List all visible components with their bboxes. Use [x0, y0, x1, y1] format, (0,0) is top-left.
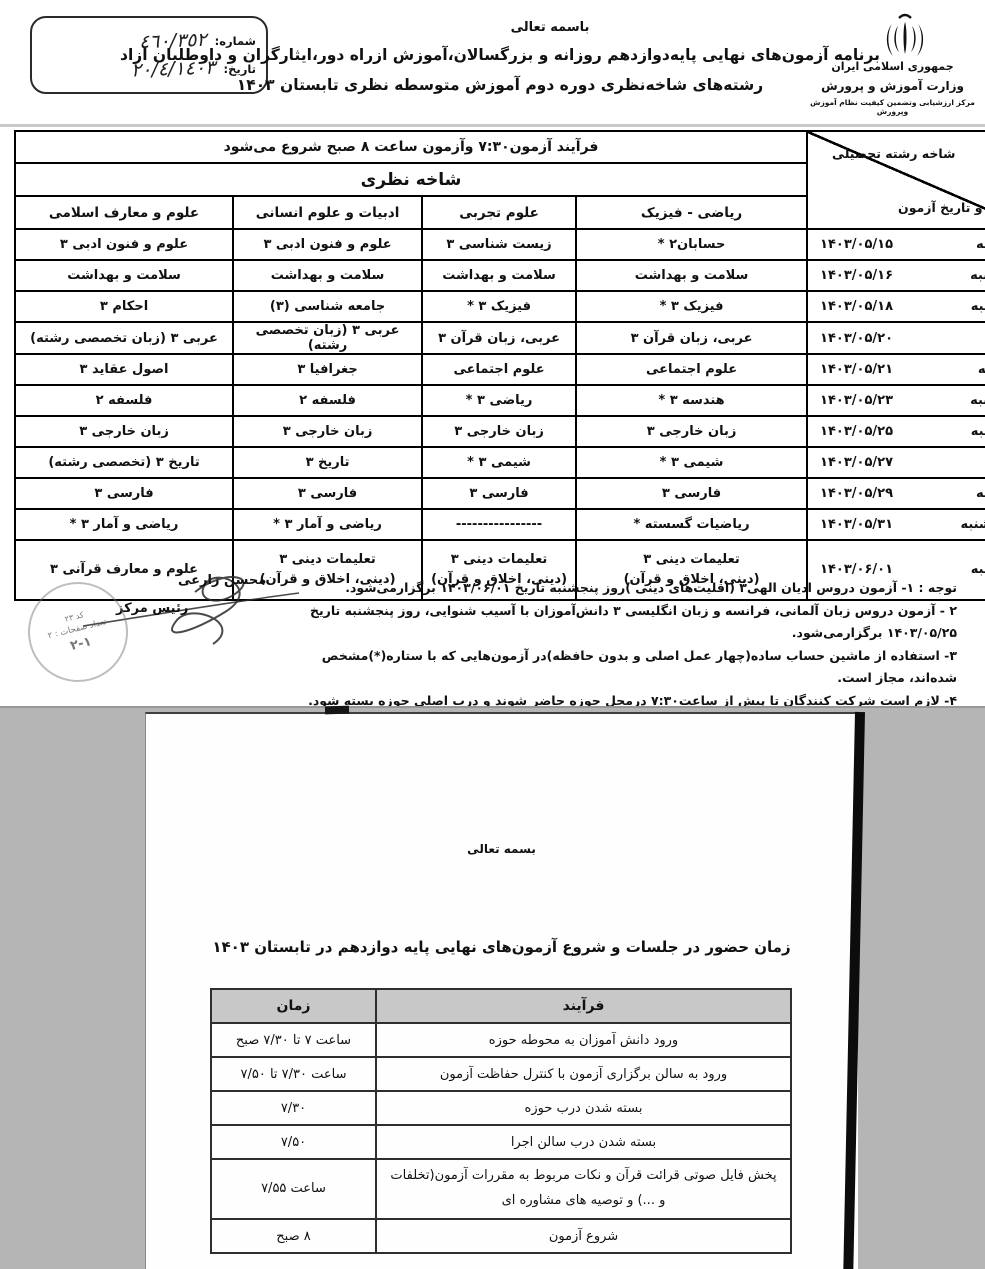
process-cell: ورود دانش آموزان به محوطه حوزه — [376, 1023, 791, 1057]
subject-cell: شیمی ۳ * — [576, 447, 807, 478]
subject-cell: سلامت و بهداشت — [576, 260, 807, 291]
note-line: ۲ - آزمون دروس زبان آلمانی، فرانسه و زبا… — [307, 600, 957, 645]
bismillah-page1: باسمه تعالی — [280, 20, 820, 35]
subject-cell: فارسی ۳ — [576, 478, 807, 509]
scanned-exam-schedule-document: { "page1": { "bismillah": "باسمه تعالی",… — [0, 0, 985, 1269]
corner-label-day-date: روز و تاریخ آزمون — [898, 200, 985, 215]
exam-day: سه‌شنبه — [970, 268, 985, 283]
subject-cell: ریاضی ۳ * — [422, 385, 576, 416]
day-date-cell: چهارشنبه ۱۴۰۳/۰۵/۳۱ — [807, 509, 985, 540]
subject-cell: علوم اجتماعی — [576, 354, 807, 385]
branch-header: شاخه نظری — [15, 163, 807, 196]
exam-date: ۱۴۰۳/۰۵/۲۵ — [820, 424, 893, 439]
subject-cell: عربی، زبان قرآن ۳ — [422, 322, 576, 354]
attendance-process-table: فرآیند زمان ورود دانش آموزان به محوطه حو… — [210, 988, 792, 1254]
exam-date: ۱۴۰۳/۰۵/۲۹ — [820, 486, 893, 501]
subject-cell: فارسی ۳ — [15, 478, 233, 509]
subject-cell: هندسه ۳ * — [576, 385, 807, 416]
exam-date: ۱۴۰۳/۰۵/۳۱ — [820, 517, 893, 532]
day-date-cell: یکشنبه ۱۴۰۳/۰۵/۲۱ — [807, 354, 985, 385]
subject-cell: حسابان۲ * — [576, 229, 807, 260]
exam-date: ۱۴۰۳/۰۵/۱۸ — [820, 299, 893, 314]
process-cell: ورود به سالن برگزاری آزمون با کنترل حفاظ… — [376, 1057, 791, 1091]
column-header-process: فرآیند — [376, 989, 791, 1023]
subject-cell: اصول عقاید ۳ — [15, 354, 233, 385]
process-row: بسته شدن درب سالن اجرا ۷/۵۰ — [211, 1125, 791, 1159]
table-row: دوشنبه ۱۴۰۳/۰۵/۲۹ فارسی ۳ فارسی ۳ فارسی … — [15, 478, 985, 509]
table-row: چهارشنبه ۱۴۰۳/۰۵/۳۱ ریاضیات گسسته * ----… — [15, 509, 985, 540]
note-line: توجه : ۱- آزمون دروس ادیان الهی۳ (اقلیت‌… — [307, 577, 957, 600]
exam-start-time-banner: فرآیند آزمون۷:۳۰ وآزمون ساعت ۸ صبح شروع … — [15, 131, 807, 163]
subject-cell: سلامت و بهداشت — [233, 260, 422, 291]
exam-date: ۱۴۰۳/۰۵/۱۵ — [820, 237, 893, 252]
note-line: ۳- استفاده از ماشین حساب ساده(چهار عمل ا… — [307, 645, 957, 690]
subject-cell: احکام ۳ — [15, 291, 233, 322]
process-row: ورود دانش آموزان به محوطه حوزه ساعت ۷ تا… — [211, 1023, 791, 1057]
exam-day: پنجشنبه — [971, 299, 985, 314]
org-line-ministry: وزارت آموزش و پرورش — [800, 79, 985, 93]
subject-cell: جامعه شناسی (۳) — [233, 291, 422, 322]
subject-cell: تاریخ ۳ (تخصصی رشته) — [15, 447, 233, 478]
column-header-time: زمان — [211, 989, 376, 1023]
exam-date: ۱۴۰۳/۰۵/۲۰ — [820, 331, 893, 346]
subject-cell: فلسفه ۲ — [15, 385, 233, 416]
stamp-number: ۲-۱ — [69, 634, 93, 654]
org-line-center: مرکز ارزشیابی وتضمین کیفیت نظام آموزش وپ… — [800, 98, 985, 116]
subject-cell: ریاضیات گسسته * — [576, 509, 807, 540]
process-cell: پخش فایل صوتی قرائت قرآن و نکات مربوط به… — [376, 1159, 791, 1219]
signer-title: رئیس مرکز — [116, 601, 188, 616]
exam-day: سه‌شنبه — [970, 393, 985, 408]
subject-cell: علوم و فنون ادبی ۳ — [233, 229, 422, 260]
day-date-cell: دوشنبه ۱۴۰۳/۰۵/۱۵ — [807, 229, 985, 260]
column-header-math-physics: ریاضی - فیزیک — [576, 196, 807, 229]
corner-header-cell: شاخه رشته تحصیلی روز و تاریخ آزمون — [807, 131, 985, 229]
signer-name: محسن زارعی — [178, 573, 266, 588]
column-header-islamic-studies: علوم و معارف اسلامی — [15, 196, 233, 229]
subject-cell: عربی ۳ (زبان تخصصی رشته) — [233, 322, 422, 354]
table-row: شنبه ۱۴۰۳/۰۵/۲۷ شیمی ۳ * شیمی ۳ * تاریخ … — [15, 447, 985, 478]
subject-cell: زبان خارجی ۳ — [576, 416, 807, 447]
subject-cell: علوم و فنون ادبی ۳ — [15, 229, 233, 260]
process-header-row: فرآیند زمان — [211, 989, 791, 1023]
scan-artifact-blob — [325, 706, 349, 715]
exam-date: ۱۴۰۳/۰۵/۲۳ — [820, 393, 893, 408]
ministry-block: جمهوری اسلامی ایران وزارت آموزش و پرورش … — [800, 60, 985, 116]
column-header-experimental: علوم تجربی — [422, 196, 576, 229]
day-date-cell: پنجشنبه ۱۴۰۳/۰۵/۱۸ — [807, 291, 985, 322]
subject-cell: فیزیک ۳ * — [576, 291, 807, 322]
exam-day: دوشنبه — [976, 486, 985, 501]
table-row: یکشنبه ۱۴۰۳/۰۵/۲۱ علوم اجتماعی علوم اجتم… — [15, 354, 985, 385]
subject-cell: زبان خارجی ۳ — [422, 416, 576, 447]
subject-cell: فارسی ۳ — [233, 478, 422, 509]
stamp-code: کد ۲۳ — [64, 610, 85, 623]
subject-cell: سلامت و بهداشت — [15, 260, 233, 291]
day-date-cell: سه‌شنبه ۱۴۰۳/۰۵/۲۳ — [807, 385, 985, 416]
time-cell: ساعت ۷ تا ۷/۳۰ صبح — [211, 1023, 376, 1057]
subject-cell: عربی ۳ (زبان تخصصی رشته) — [15, 322, 233, 354]
subject-cell: زبان خارجی ۳ — [233, 416, 422, 447]
subject-cell: سلامت و بهداشت — [422, 260, 576, 291]
exam-day: دوشنبه — [976, 237, 985, 252]
table-banner-row: شاخه رشته تحصیلی روز و تاریخ آزمون فرآین… — [15, 131, 985, 163]
process-cell: بسته شدن درب سالن اجرا — [376, 1125, 791, 1159]
subject-cell: زبان خارجی ۳ — [15, 416, 233, 447]
subject-cell: جغرافیا ۳ — [233, 354, 422, 385]
subject-cell: فارسی ۳ — [422, 478, 576, 509]
day-date-cell: شنبه ۱۴۰۳/۰۵/۲۰ — [807, 322, 985, 354]
exam-schedule-table: شاخه رشته تحصیلی روز و تاریخ آزمون فرآین… — [14, 130, 985, 601]
page2-title: زمان حضور در جلسات و شروع آزمون‌های نهای… — [145, 938, 858, 956]
time-cell: ۷/۵۰ — [211, 1125, 376, 1159]
subject-cell: فیزیک ۳ * — [422, 291, 576, 322]
iran-emblem-icon — [885, 12, 925, 60]
process-cell: بسته شدن درب حوزه — [376, 1091, 791, 1125]
date-label: تاریخ: — [224, 62, 256, 76]
time-cell: ساعت ۷/۳۰ تا ۷/۵۰ — [211, 1057, 376, 1091]
process-row: بسته شدن درب حوزه ۷/۳۰ — [211, 1091, 791, 1125]
exam-day: پنجشنبه — [971, 560, 985, 580]
subject-cell: عربی، زبان قرآن ۳ — [576, 322, 807, 354]
scan-divider-line — [0, 124, 985, 127]
time-cell: ۸ صبح — [211, 1219, 376, 1253]
org-line-country: جمهوری اسلامی ایران — [800, 60, 985, 73]
day-date-cell: پنجشنبه ۱۴۰۳/۰۵/۲۵ — [807, 416, 985, 447]
exam-day: یکشنبه — [978, 362, 985, 377]
exam-day: چهارشنبه — [960, 517, 985, 532]
subject-cell: علوم اجتماعی — [422, 354, 576, 385]
bismillah-page2: بسمه تعالی — [145, 842, 858, 856]
exam-date: ۱۴۰۳/۰۵/۱۶ — [820, 268, 893, 283]
process-row: ورود به سالن برگزاری آزمون با کنترل حفاظ… — [211, 1057, 791, 1091]
table-row: پنجشنبه ۱۴۰۳/۰۵/۱۸ فیزیک ۳ * فیزیک ۳ * ج… — [15, 291, 985, 322]
exam-date: ۱۴۰۳/۰۵/۲۱ — [820, 362, 893, 377]
subject-cell: فلسفه ۲ — [233, 385, 422, 416]
subject-cell: ریاضی و آمار ۳ * — [233, 509, 422, 540]
day-date-cell: دوشنبه ۱۴۰۳/۰۵/۲۹ — [807, 478, 985, 509]
day-date-cell: شنبه ۱۴۰۳/۰۵/۲۷ — [807, 447, 985, 478]
exam-day: پنجشنبه — [971, 424, 985, 439]
document-title-line1: برنامه آزمون‌های نهایی پایه‌دوازدهم روزا… — [120, 46, 880, 64]
day-date-cell: سه‌شنبه ۱۴۰۳/۰۵/۱۶ — [807, 260, 985, 291]
time-cell: ساعت ۷/۵۵ — [211, 1159, 376, 1219]
process-row: پخش فایل صوتی قرائت قرآن و نکات مربوط به… — [211, 1159, 791, 1219]
exam-date: ۱۴۰۳/۰۵/۲۷ — [820, 455, 893, 470]
subject-cell: شیمی ۳ * — [422, 447, 576, 478]
subject-cell: تاریخ ۳ — [233, 447, 422, 478]
table-row: سه‌شنبه ۱۴۰۳/۰۵/۲۳ هندسه ۳ * ریاضی ۳ * ف… — [15, 385, 985, 416]
table-row: پنجشنبه ۱۴۰۳/۰۵/۲۵ زبان خارجی ۳ زبان خار… — [15, 416, 985, 447]
subject-cell: ریاضی و آمار ۳ * — [15, 509, 233, 540]
table-row: دوشنبه ۱۴۰۳/۰۵/۱۵ حسابان۲ * زیست شناسی ۳… — [15, 229, 985, 260]
process-row: شروع آزمون ۸ صبح — [211, 1219, 791, 1253]
process-cell: شروع آزمون — [376, 1219, 791, 1253]
subject-cell: زیست شناسی ۳ — [422, 229, 576, 260]
document-title-line2: رشته‌های شاخه‌نظری دوره دوم آموزش متوسطه… — [120, 76, 880, 94]
table-row: سه‌شنبه ۱۴۰۳/۰۵/۱۶ سلامت و بهداشت سلامت … — [15, 260, 985, 291]
column-header-humanities: ادبیات و علوم انسانی — [233, 196, 422, 229]
corner-label-branch: شاخه رشته تحصیلی — [832, 146, 955, 161]
notes-block: توجه : ۱- آزمون دروس ادیان الهی۳ (اقلیت‌… — [307, 577, 957, 712]
subject-cell: ---------------- — [422, 509, 576, 540]
time-cell: ۷/۳۰ — [211, 1091, 376, 1125]
table-row: شنبه ۱۴۰۳/۰۵/۲۰ عربی، زبان قرآن ۳ عربی، … — [15, 322, 985, 354]
